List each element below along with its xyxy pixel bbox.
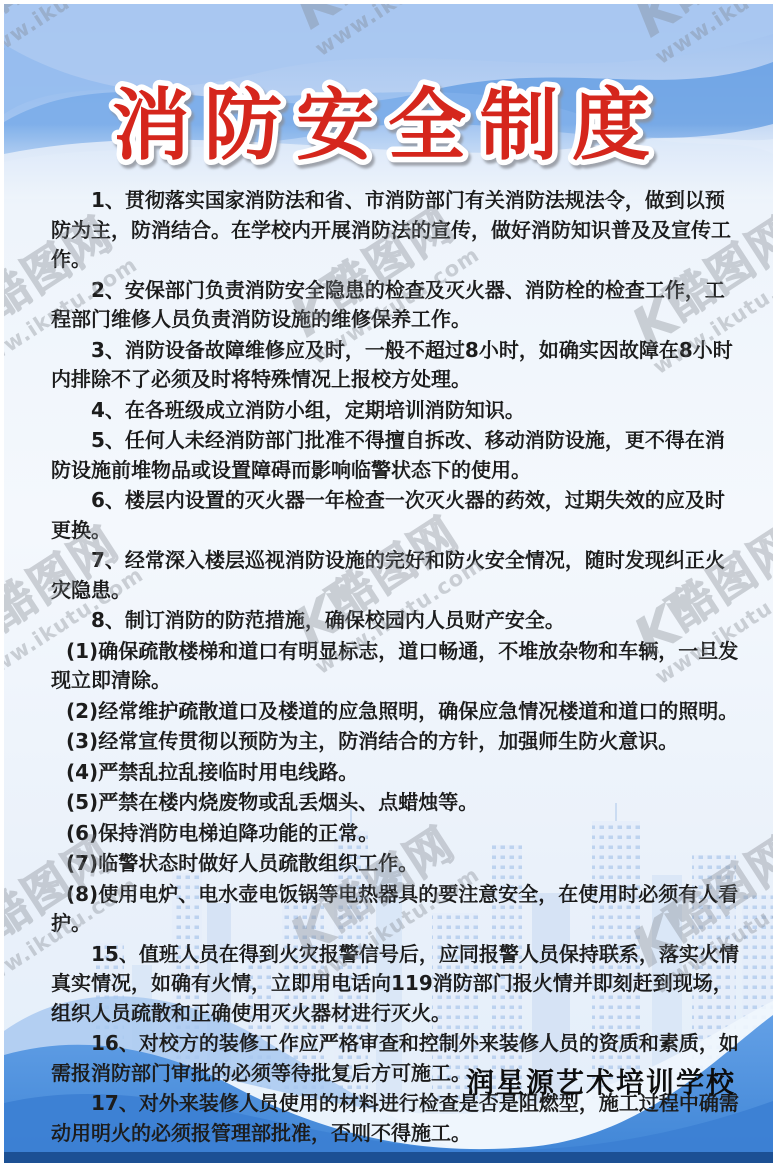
page-title: 消防安全制度	[112, 81, 664, 171]
rule-item-2: 2、安保部门负责消防安全隐患的检查及灭火器、消防栓的检查工作，工程部门维修人员负…	[51, 276, 739, 335]
rule-subitem-1: (1)确保疏散楼梯和道口有明显标志，道口畅通，不堆放杂物和车辆，一旦发现立即清除…	[51, 637, 739, 696]
rule-subitem-3: (3)经常宣传贯彻以预防为主，防消结合的方针，加强师生防火意识。	[51, 727, 739, 757]
rule-item-15: 15、值班人员在得到火灾报警信号后，应同报警人员保持联系，落实火情真实情况，如确…	[51, 940, 739, 1029]
rule-item-6: 6、楼层内设置的灭火器一年检查一次灭火器的药效，过期失效的应及时更换。	[51, 486, 739, 545]
title-banner: 消防安全制度	[4, 56, 773, 186]
rule-subitem-2: (2)经常维护疏散道口及楼道的应急照明，确保应急情况楼道和道口的照明。	[51, 697, 739, 727]
rules-list: 1、贯彻落实国家消防法和省、市消防部门有关消防法规法令，做到以预防为主，防消结合…	[4, 180, 773, 1149]
fire-safety-poster: 消防安全制度 1、贯彻落实国家消防法和省、市消防部门有关消防法规法令，做到以预防…	[0, 0, 777, 1167]
rule-item-7: 7、经常深入楼层巡视消防设施的完好和防火安全情况，随时发现纠正火灾隐患。	[51, 546, 739, 605]
rule-item-4: 4、在各班级成立消防小组，定期培训消防知识。	[51, 396, 739, 426]
rule-item-8: 8、制订消防的防范措施，确保校园内人员财产安全。	[51, 606, 739, 636]
rule-subitem-7: (7)临警状态时做好人员疏散组织工作。	[51, 849, 739, 879]
rule-item-3: 3、消防设备故障维修应及时，一般不超过8小时，如确实因故障在8小时内排除不了必须…	[51, 336, 739, 395]
rule-subitem-4: (4)严禁乱拉乱接临时用电线路。	[51, 758, 739, 788]
rule-subitem-6: (6)保持消防电梯迫降功能的正常。	[51, 819, 739, 849]
rule-subitem-8: (8)使用电炉、电水壶电饭锅等电热器具的要注意安全，在使用时必须有人看护。	[51, 880, 739, 939]
rule-item-5: 5、任何人未经消防部门批准不得擅自拆改、移动消防设施，更不得在消防设施前堆物品或…	[51, 426, 739, 485]
rule-item-1: 1、贯彻落实国家消防法和省、市消防部门有关消防法规法令，做到以预防为主，防消结合…	[51, 186, 739, 275]
rule-subitem-5: (5)严禁在楼内烧废物或乱丢烟头、点蜡烛等。	[51, 788, 739, 818]
bottom-strip	[4, 1152, 773, 1163]
school-name: 润星源艺术培训学校	[466, 1061, 736, 1101]
